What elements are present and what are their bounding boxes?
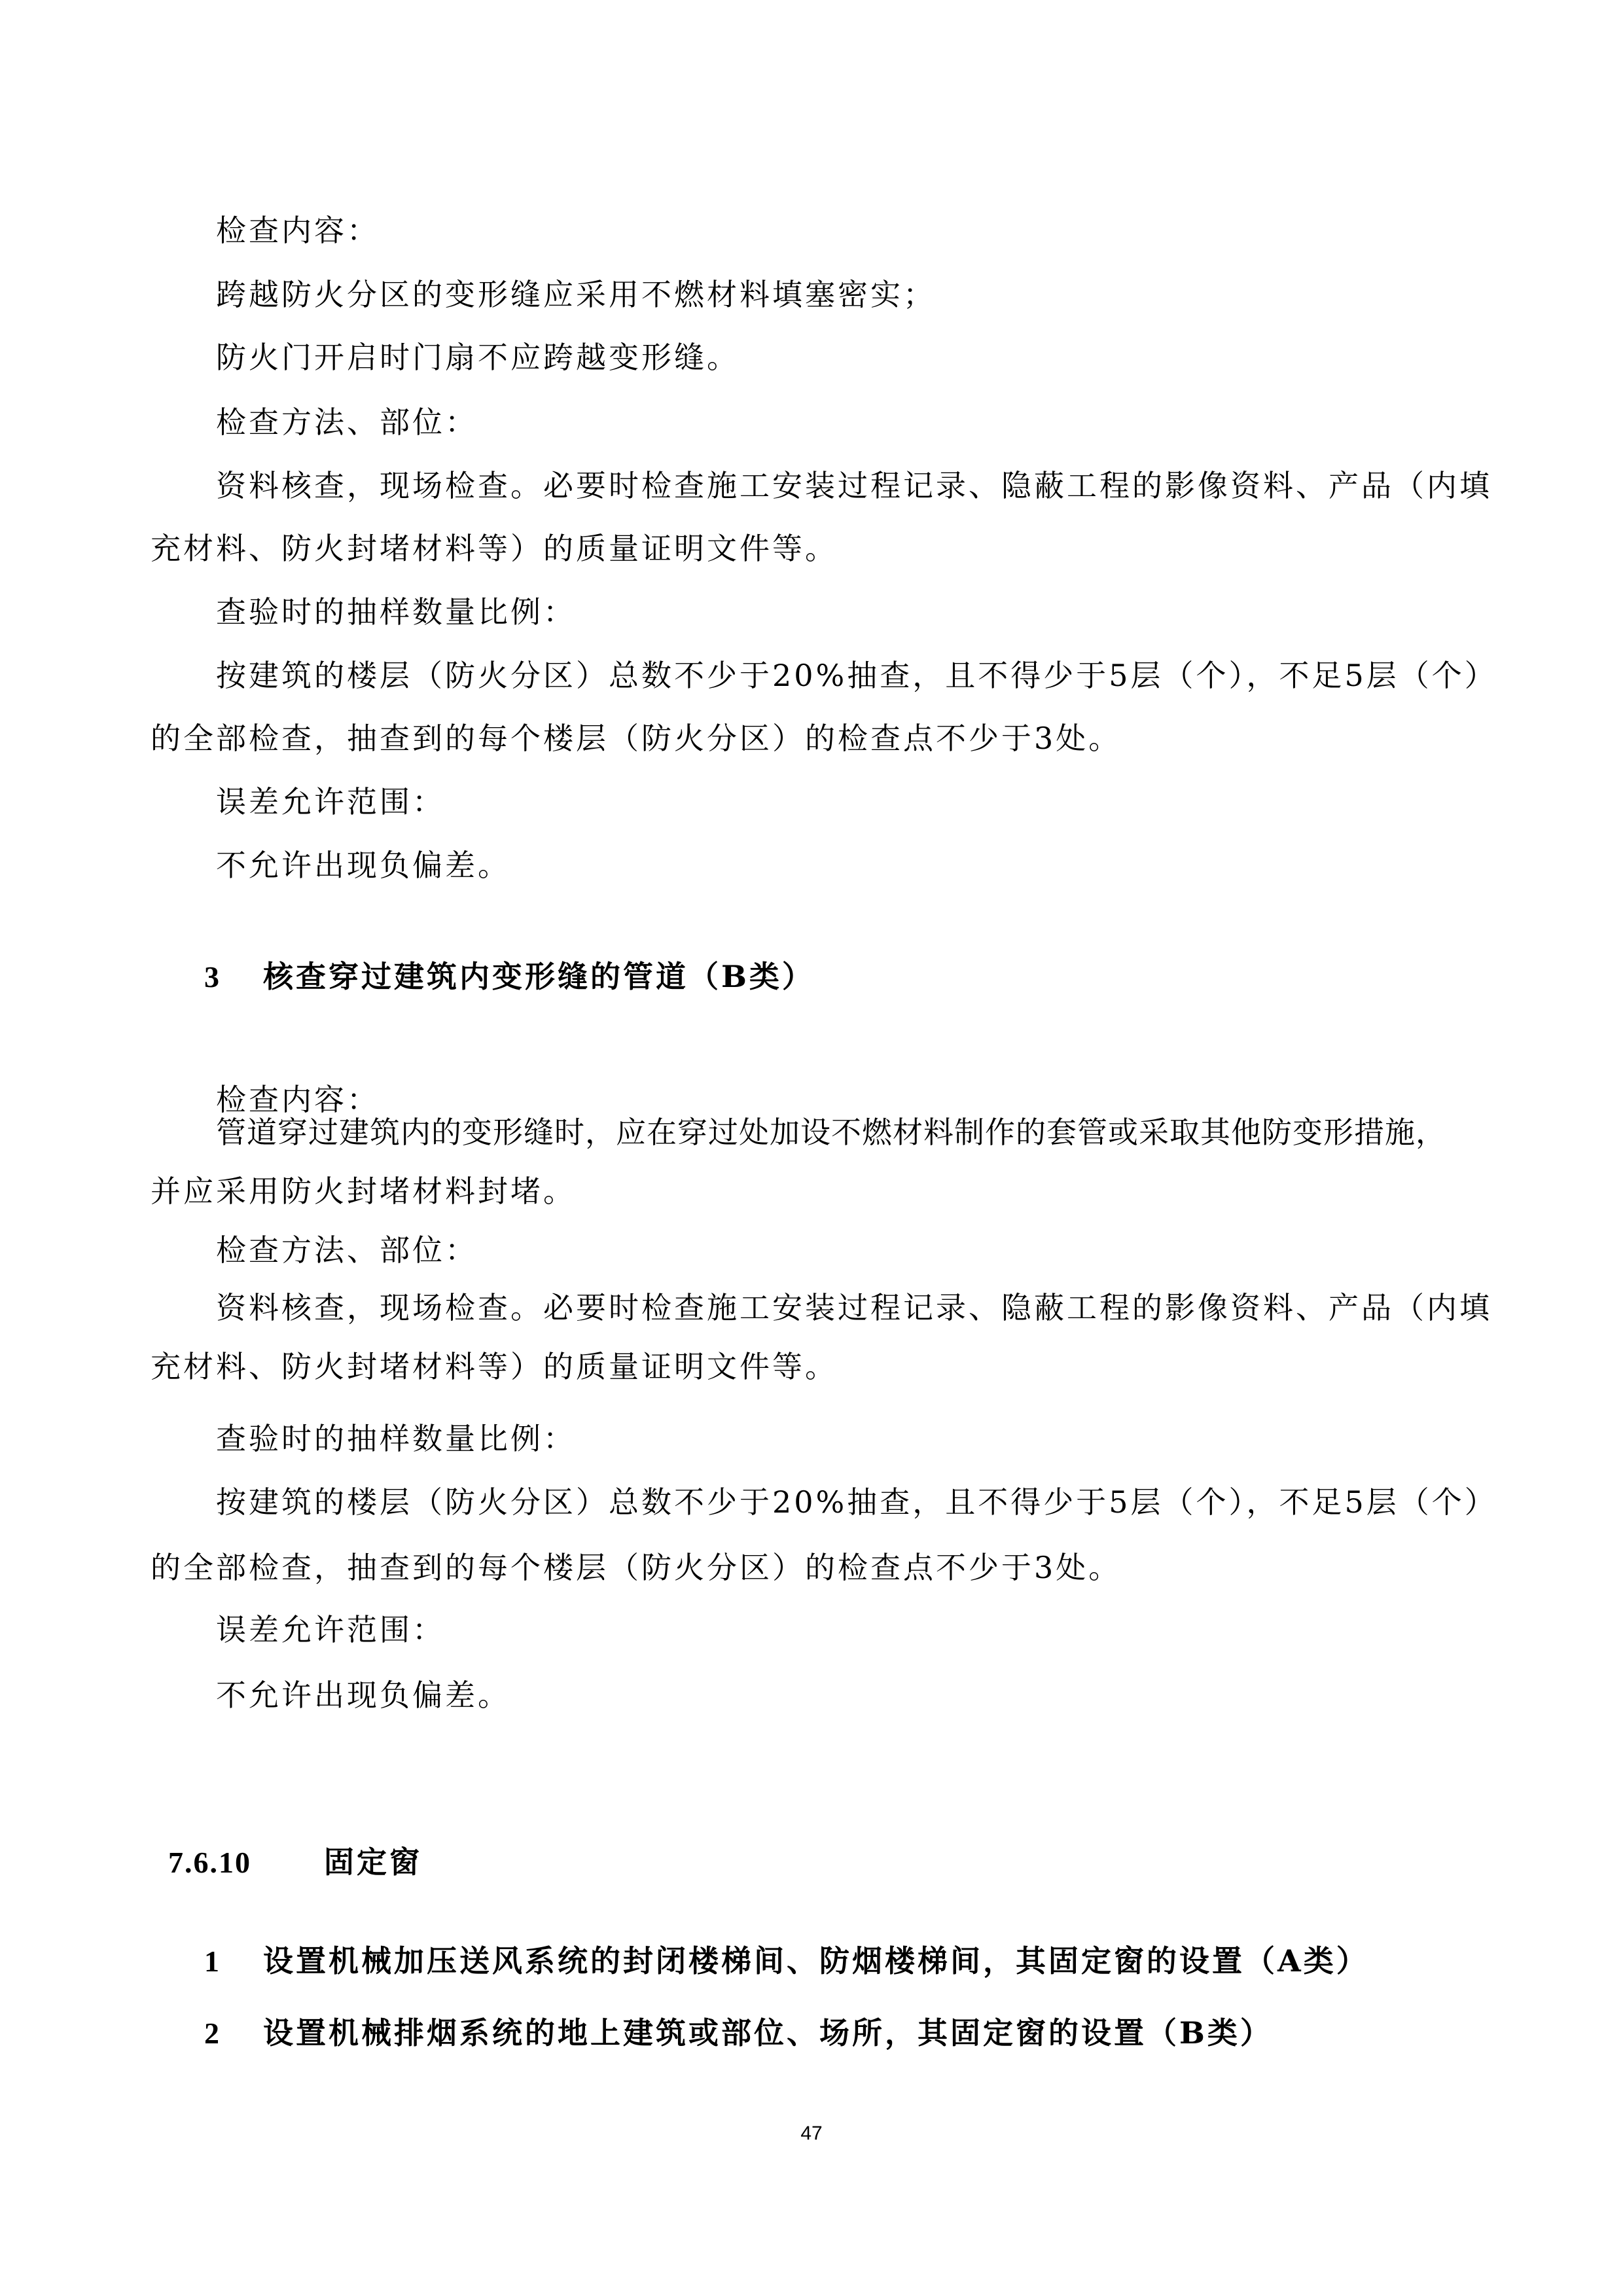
page-number: 47 (0, 2121, 1623, 2147)
sampling-text: 按建筑的楼层（防火分区）总数不少于20%抽查，且不得少于5层（个），不足5层（个… (216, 656, 1497, 695)
tolerance-text: 不允许出现负偏差。 (216, 846, 510, 885)
clause-title: 固定窗 (324, 1844, 422, 1880)
sampling-text: 按建筑的楼层（防火分区）总数不少于20%抽查，且不得少于5层（个），不足5层（个… (216, 1482, 1497, 1522)
clause-item: 1设置机械加压送风系统的封闭楼梯间、防烟楼梯间，其固定窗的设置（A类） (204, 1941, 1369, 1981)
clause-item-text: 设置机械加压送风系统的封闭楼梯间、防烟楼梯间，其固定窗的设置（A类） (263, 1943, 1369, 1979)
content-line: 跨越防火分区的变形缝应采用不燃材料填塞密实； (216, 275, 936, 314)
clause-number: 7.6.10 (168, 1843, 324, 1882)
section-3-title: 核查穿过建筑内变形缝的管道（B类） (263, 959, 815, 994)
method-label: 检查方法、部位： (216, 403, 478, 442)
sampling-label: 查验时的抽样数量比例： (216, 1419, 576, 1458)
clause-heading: 7.6.10固定窗 (168, 1842, 422, 1882)
section-3-number: 3 (204, 958, 263, 997)
section-3-heading: 3核查穿过建筑内变形缝的管道（B类） (204, 957, 815, 997)
clause-item-number: 2 (204, 2014, 263, 2053)
sampling-label: 查验时的抽样数量比例： (216, 592, 576, 632)
method-text: 资料核查，现场检查。必要时检查施工安装过程记录、隐蔽工程的影像资料、产品（内填 (216, 466, 1492, 505)
method-label: 检查方法、部位： (216, 1230, 478, 1270)
clause-item: 2设置机械排烟系统的地上建筑或部位、场所，其固定窗的设置（B类） (204, 2013, 1273, 2053)
tolerance-label: 误差允许范围： (216, 782, 445, 821)
method-text-continued: 充材料、防火封堵材料等）的质量证明文件等。 (151, 529, 838, 568)
tolerance-label: 误差允许范围： (216, 1610, 445, 1649)
tolerance-text: 不允许出现负偏差。 (216, 1676, 510, 1715)
content-text-continued: 并应采用防火封堵材料封堵。 (151, 1172, 576, 1211)
sampling-text-continued: 的全部检查，抽查到的每个楼层（防火分区）的检查点不少于3处。 (151, 719, 1121, 758)
sampling-text-continued: 的全部检查，抽查到的每个楼层（防火分区）的检查点不少于3处。 (151, 1548, 1121, 1587)
method-text-continued: 充材料、防火封堵材料等）的质量证明文件等。 (151, 1347, 838, 1386)
document-page: 检查内容： 跨越防火分区的变形缝应采用不燃材料填塞密实； 防火门开启时门扇不应跨… (0, 0, 1623, 2296)
clause-item-number: 1 (204, 1942, 263, 1981)
content-label: 检查内容： (216, 211, 380, 250)
content-text: 管道穿过建筑内的变形缝时，应在穿过处加设不燃材料制作的套管或采取其他防变形措施， (216, 1113, 1446, 1152)
clause-item-text: 设置机械排烟系统的地上建筑或部位、场所，其固定窗的设置（B类） (263, 2015, 1273, 2051)
method-text: 资料核查，现场检查。必要时检查施工安装过程记录、隐蔽工程的影像资料、产品（内填 (216, 1288, 1492, 1327)
content-line: 防火门开启时门扇不应跨越变形缝。 (216, 338, 740, 377)
